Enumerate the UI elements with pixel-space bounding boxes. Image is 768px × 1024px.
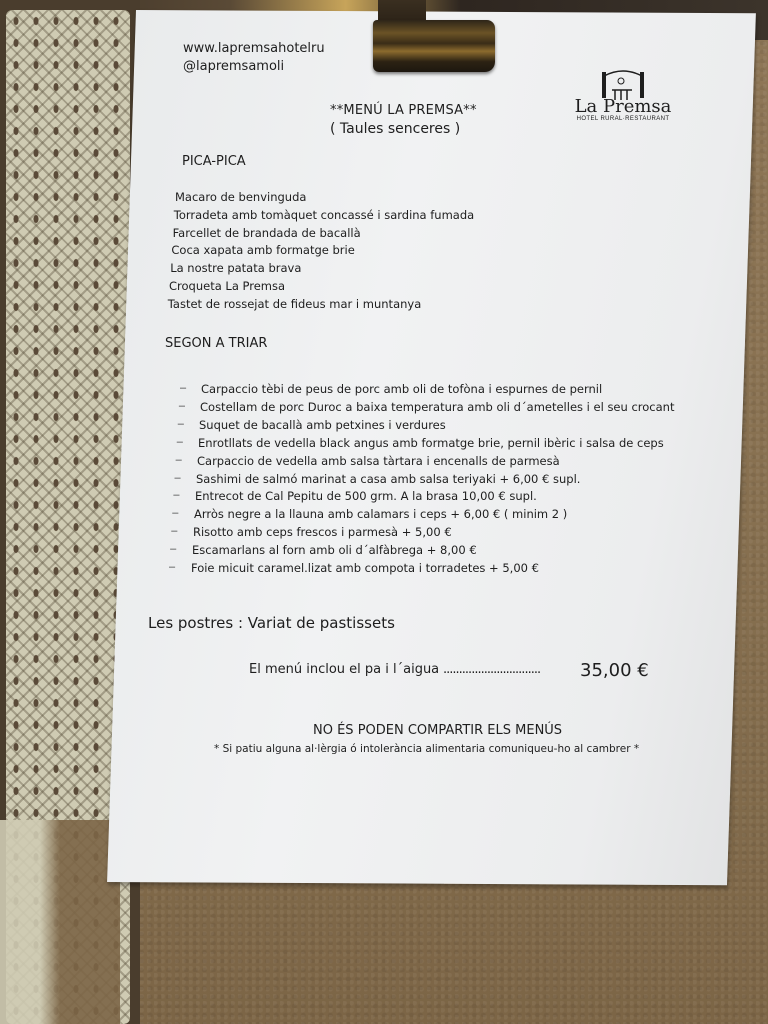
clipboard-clip [373, 20, 495, 72]
price-leader: ............................... [443, 662, 540, 677]
main-course-item: Carpaccio tèbi de peus de porc amb oli d… [201, 382, 602, 396]
menu-subtitle: ( Taules senceres ) [330, 121, 460, 137]
starter-item: Croqueta La Premsa [169, 279, 285, 293]
bullet-dash: – [176, 454, 182, 466]
menu-title: **MENÚ LA PREMSA** [330, 103, 477, 118]
bullet-dash: – [169, 561, 175, 573]
menu-price: 35,00 € [580, 660, 649, 681]
section-heading-mains: SEGON A TRIAR [165, 336, 267, 351]
bullet-dash: – [180, 382, 186, 394]
starter-item: Torradeta amb tomàquet concassé i sardin… [174, 208, 474, 222]
bullet-dash: – [178, 418, 184, 430]
lace-runner-bottom [0, 820, 120, 1024]
main-course-item: Sashimi de salmó marinat a casa amb sals… [196, 472, 580, 486]
bullet-dash: – [170, 543, 176, 555]
menu-includes: El menú inclou el pa i l´aigua [249, 662, 439, 677]
main-course-item: Carpaccio de vedella amb salsa tàrtara i… [197, 454, 560, 468]
starter-item: Tastet de rossejat de fideus mar i munta… [168, 297, 421, 311]
starter-item: Farcellet de brandada de bacallà [173, 226, 361, 240]
starter-item: Macaro de benvinguda [175, 190, 306, 204]
starter-item: La nostre patata brava [170, 261, 301, 275]
main-course-item: Arròs negre a la llauna amb calamars i c… [194, 507, 567, 521]
allergy-notice: * Si patiu alguna al·lèrgia ó intolerànc… [214, 743, 639, 755]
bullet-dash: – [175, 472, 181, 484]
bullet-dash: – [172, 507, 178, 519]
bullet-dash: – [179, 400, 185, 412]
website-text: www.lapremsahotelru [183, 41, 325, 56]
main-course-item: Costellam de porc Duroc a baixa temperat… [200, 400, 674, 414]
section-heading-starters: PICA-PICA [182, 154, 246, 169]
bullet-dash: – [173, 489, 179, 501]
starter-item: Coca xapata amb formatge brie [171, 243, 354, 257]
main-course-item: Suquet de bacallà amb petxines i verdure… [199, 418, 446, 432]
bullet-dash: – [177, 436, 183, 448]
main-course-item: Foie micuit caramel.lizat amb compota i … [191, 561, 539, 575]
main-course-item: Entrecot de Cal Pepitu de 500 grm. A la … [195, 489, 537, 503]
bullet-dash: – [171, 525, 177, 537]
main-course-item: Enrotllats de vedella black angus amb fo… [198, 436, 664, 450]
no-sharing-notice: NO ÉS PODEN COMPARTIR ELS MENÚS [313, 723, 562, 738]
desserts-line: Les postres : Variat de pastissets [148, 614, 395, 632]
logo-tagline: HOTEL RURAL·RESTAURANT [574, 116, 672, 122]
logo-name: La Premsa [574, 98, 672, 116]
restaurant-logo: La Premsa HOTEL RURAL·RESTAURANT [574, 68, 672, 152]
main-course-item: Escamarlans al forn amb oli d´alfàbrega … [192, 543, 477, 557]
main-course-item: Risotto amb ceps frescos i parmesà + 5,0… [193, 525, 452, 539]
instagram-handle: @lapremsamoli [183, 59, 284, 74]
